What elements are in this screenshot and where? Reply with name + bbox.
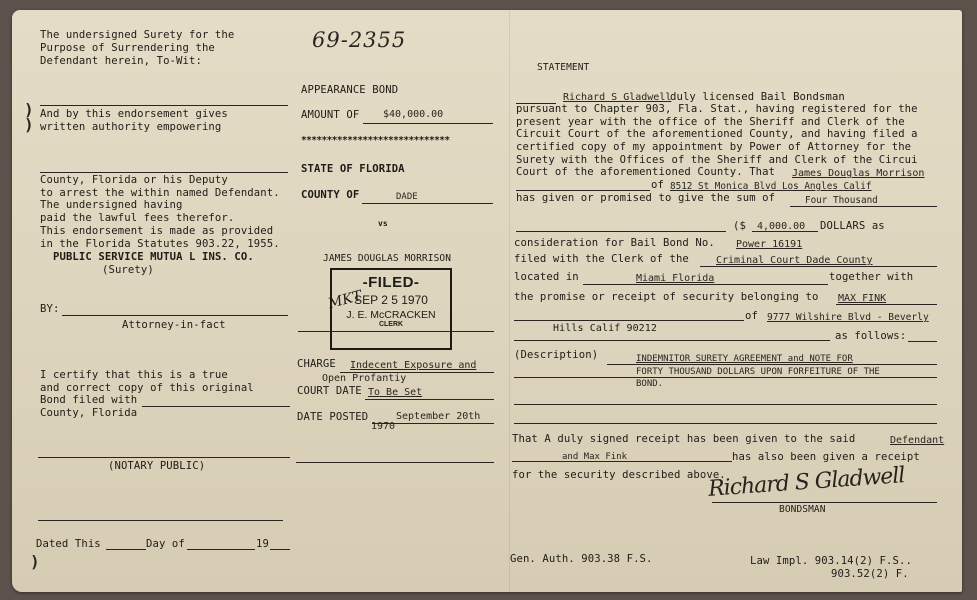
attorney-in-fact-label: Attorney-in-fact (122, 318, 226, 332)
law-impl-citation-2: 903.52(2) F. (831, 567, 909, 581)
court-date-line (365, 399, 494, 400)
location-line (583, 284, 828, 285)
surety-blank-line (40, 105, 288, 106)
amount-value: $40,000.00 (383, 109, 443, 121)
blank-line (514, 320, 744, 321)
located-in-text: located in (514, 270, 579, 284)
dated-this-label: Dated This (36, 537, 101, 551)
receipt-party: Defendant (890, 435, 944, 447)
authority-line-5: This endorsement is made as provided (40, 224, 273, 238)
defendant-name: JAMES DOUGLAS MORRISON (323, 252, 451, 266)
bond-title: APPEARANCE BOND (301, 83, 398, 97)
staple-mark: ) (30, 552, 40, 571)
filed-stamp: -FILED- SEP 2 5 1970 J. E. McCRACKEN CLE… (330, 268, 452, 350)
receipt-text: That A duly signed receipt has been give… (512, 432, 855, 446)
charge-label: CHARGE (297, 357, 336, 371)
law-impl-citation-1: Law Impl. 903.14(2) F.S.. (750, 554, 912, 568)
blank-line (296, 462, 494, 463)
description-label: (Description) (514, 348, 598, 362)
intro-line-1: The undersigned Surety for the (40, 28, 234, 42)
blank-line (38, 520, 283, 521)
dollars-as-text: DOLLARS as (820, 219, 885, 233)
by-signature-line (62, 315, 288, 316)
date-posted-label: DATE POSTED (297, 410, 368, 424)
owner-address-2: Hills Calif 90212 (553, 322, 657, 336)
filed-with-text: filed with the Clerk of the (514, 252, 689, 266)
by-label: BY: (40, 302, 59, 316)
notary-public-label: (NOTARY PUBLIC) (108, 459, 205, 473)
description-line (607, 364, 937, 365)
authority-line-4: paid the lawful fees therefor. (40, 211, 234, 225)
surety-company: PUBLIC SERVICE MUTUA L INS. CO. (53, 250, 254, 264)
authority-line-6: in the Florida Statutes 903.22, 1955. (40, 237, 280, 251)
endorsement-line-1: And by this endorsement gives (40, 107, 228, 121)
year-prefix: 19 (256, 537, 269, 551)
amount-label: AMOUNT OF (301, 108, 359, 122)
date-posted-value-2: 1970 (371, 421, 395, 433)
receipt-text-3: for the security described above. (512, 468, 726, 482)
stamp-clerk-title: CLERK (332, 321, 450, 328)
defendant-name-field: James Douglas Morrison (792, 168, 924, 180)
receipt-party-2: and Max Fink (562, 451, 627, 463)
owner-of-label: of (745, 309, 758, 323)
intro-line-3: Defendant herein, To-Wit: (40, 54, 202, 68)
as-follows-text: as follows: (835, 329, 906, 343)
sum-words-line (790, 206, 937, 207)
charge-value-1: Indecent Exposure and (350, 360, 476, 372)
stamp-clerk-name: J. E. McCRACKEN (332, 309, 450, 321)
statement-line-2: pursuant to Chapter 903, Fla. Stat., hav… (516, 102, 918, 116)
description-line-3: BOND. (636, 378, 663, 390)
sum-continuation-line (516, 231, 726, 232)
bondsman-label: BONDSMAN (779, 503, 826, 517)
date-posted-value-1: September 20th (396, 411, 480, 423)
court-date-label: COURT DATE (297, 384, 362, 398)
certify-line-1: I certify that this is a true (40, 368, 228, 382)
statement-line-7: Court of the aforementioned County. That (516, 165, 775, 179)
security-owner-line (836, 304, 937, 305)
surety-label: (Surety) (102, 263, 154, 277)
asterisk-divider: ***************************** (301, 134, 449, 148)
authority-line-1: County, Florida or his Deputy (40, 173, 228, 187)
statement-line-5: certified copy of my appointment by Powe… (516, 140, 911, 154)
versus-label: vs (378, 217, 388, 231)
sum-open-paren: ($ (733, 219, 746, 233)
fold-crease (509, 10, 510, 592)
security-text: the promise or receipt of security belon… (514, 290, 818, 304)
state-label: STATE OF FLORIDA (301, 162, 405, 176)
certify-line-3: Bond filed with (40, 393, 137, 407)
statement-line-4: Circuit Court of the aforementioned Coun… (516, 127, 918, 141)
description-line (514, 377, 937, 378)
day-blank-line (106, 549, 146, 550)
court-date-value: To Be Set (368, 387, 422, 399)
blank-line (908, 341, 937, 342)
county-value: DADE (396, 191, 418, 203)
case-number-handwritten: 69-2355 (312, 28, 406, 52)
sum-value-line (752, 231, 818, 232)
of-label: of (651, 178, 664, 192)
county-label: COUNTY OF (301, 188, 359, 202)
court-name-line (700, 266, 937, 267)
filed-with-blank-line (142, 406, 290, 407)
certify-line-4: County, Florida (40, 406, 137, 420)
staple-mark: ) (24, 115, 34, 134)
blank-line (514, 423, 937, 424)
notary-signature-line (38, 457, 290, 458)
defendant-line (298, 331, 494, 332)
stamp-filed-text: -FILED- (332, 274, 450, 291)
year-blank-line (270, 549, 290, 550)
owner-address-1: 9777 Wilshire Blvd - Beverly (767, 312, 929, 324)
receipt-text-2: has also been given a receipt (732, 450, 920, 464)
amount-line (363, 123, 493, 124)
authority-line-3: The undersigned having (40, 198, 183, 212)
statement-title: STATEMENT (537, 61, 589, 75)
county-line (362, 203, 493, 204)
sum-text: has given or promised to give the sum of (516, 191, 775, 205)
endorsement-line-2: written authority empowering (40, 120, 221, 134)
consideration-text: consideration for Bail Bond No. (514, 236, 715, 250)
blank-line (514, 340, 830, 341)
intro-line-2: Purpose of Surrendering the (40, 41, 215, 55)
day-of-label: Day of (146, 537, 185, 551)
blank-line (514, 404, 937, 405)
bond-number: Power 16191 (736, 239, 802, 251)
month-blank-line (187, 549, 255, 550)
gen-auth-citation: Gen. Auth. 903.38 F.S. (510, 552, 653, 566)
together-with-text: together with (829, 270, 913, 284)
